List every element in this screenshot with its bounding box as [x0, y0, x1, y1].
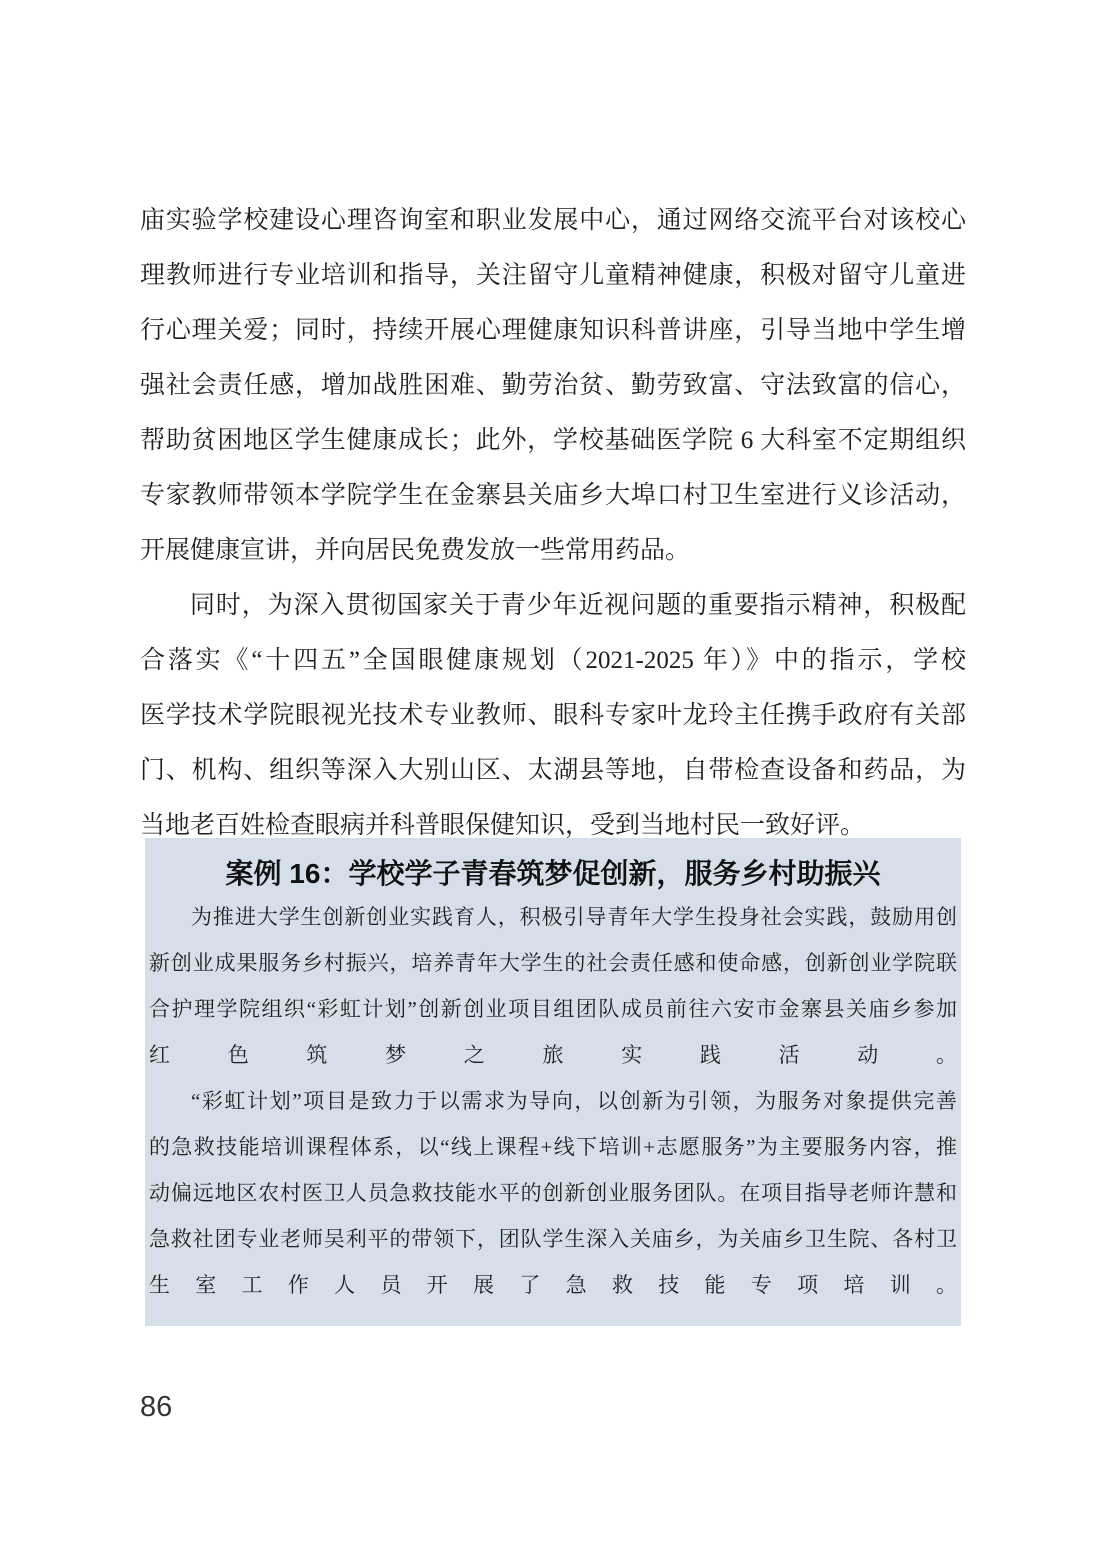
case-paragraph-rainbow-plan: “彩虹计划”项目是致力于以需求为导向，以创新为引领，为服务对象提供完善的急救技能…	[149, 1078, 957, 1308]
text-line: 同时，为深入贯彻国家关于青少年近视问题的重要指示精神，积极配	[140, 578, 966, 633]
text-line: 庙实验学校建设心理咨询室和职业发展中心，通过网络交流平台对该校心	[140, 193, 966, 248]
text-line: 新创业成果服务乡村振兴，培养青年大学生的社会责任感和使命感，创新创业学院联	[149, 940, 957, 986]
text-line: 帮助贫困地区学生健康成长；此外，学校基础医学院 6 大科室不定期组织	[140, 413, 966, 468]
document-page: 庙实验学校建设心理咨询室和职业发展中心，通过网络交流平台对该校心理教师进行专业培…	[0, 0, 1102, 1559]
case-title: 案例 16：学校学子青春筑梦促创新，服务乡村助振兴	[149, 854, 957, 894]
text-line: 强社会责任感，增加战胜困难、勤劳治贫、勤劳致富、守法致富的信心，	[140, 358, 966, 413]
text-line: 门、机构、组织等深入大别山区、太湖县等地，自带检查设备和药品，为	[140, 743, 966, 798]
page-number: 86	[140, 1390, 172, 1424]
body-text: 庙实验学校建设心理咨询室和职业发展中心，通过网络交流平台对该校心理教师进行专业培…	[140, 193, 966, 853]
text-line: 合落实《“十四五”全国眼健康规划（2021-2025 年）》中的指示，学校	[140, 633, 966, 688]
text-line: 专家教师带领本学院学生在金寨县关庙乡大埠口村卫生室进行义诊活动，	[140, 468, 966, 523]
case-highlight-box: 案例 16：学校学子青春筑梦促创新，服务乡村助振兴 为推进大学生创新创业实践育人…	[145, 838, 961, 1326]
case-paragraph-intro: 为推进大学生创新创业实践育人，积极引导青年大学生投身社会实践，鼓励用创新创业成果…	[149, 894, 957, 1078]
text-line: 医学技术学院眼视光技术专业教师、眼科专家叶龙玲主任携手政府有关部	[140, 688, 966, 743]
text-line: 红色筑梦之旅实践活动。	[149, 1032, 957, 1078]
text-line: 的急救技能培训课程体系，以“线上课程+线下培训+志愿服务”为主要服务内容，推	[149, 1124, 957, 1170]
text-line: 生室工作人员开展了急救技能专项培训。	[149, 1262, 957, 1308]
text-line: 急救社团专业老师吴利平的带领下，团队学生深入关庙乡，为关庙乡卫生院、各村卫	[149, 1216, 957, 1262]
paragraph-eye-health: 同时，为深入贯彻国家关于青少年近视问题的重要指示精神，积极配合落实《“十四五”全…	[140, 578, 966, 853]
text-line: 合护理学院组织“彩虹计划”创新创业项目组团队成员前往六安市金寨县关庙乡参加	[149, 986, 957, 1032]
text-line: 为推进大学生创新创业实践育人，积极引导青年大学生投身社会实践，鼓励用创	[149, 894, 957, 940]
text-line: 理教师进行专业培训和指导，关注留守儿童精神健康，积极对留守儿童进	[140, 248, 966, 303]
text-line: 开展健康宣讲，并向居民免费发放一些常用药品。	[140, 523, 966, 578]
paragraph-health-outreach: 庙实验学校建设心理咨询室和职业发展中心，通过网络交流平台对该校心理教师进行专业培…	[140, 193, 966, 578]
text-line: 行心理关爱；同时，持续开展心理健康知识科普讲座，引导当地中学生增	[140, 303, 966, 358]
text-line: “彩虹计划”项目是致力于以需求为导向，以创新为引领，为服务对象提供完善	[149, 1078, 957, 1124]
text-line: 动偏远地区农村医卫人员急救技能水平的创新创业服务团队。在项目指导老师许慧和	[149, 1170, 957, 1216]
